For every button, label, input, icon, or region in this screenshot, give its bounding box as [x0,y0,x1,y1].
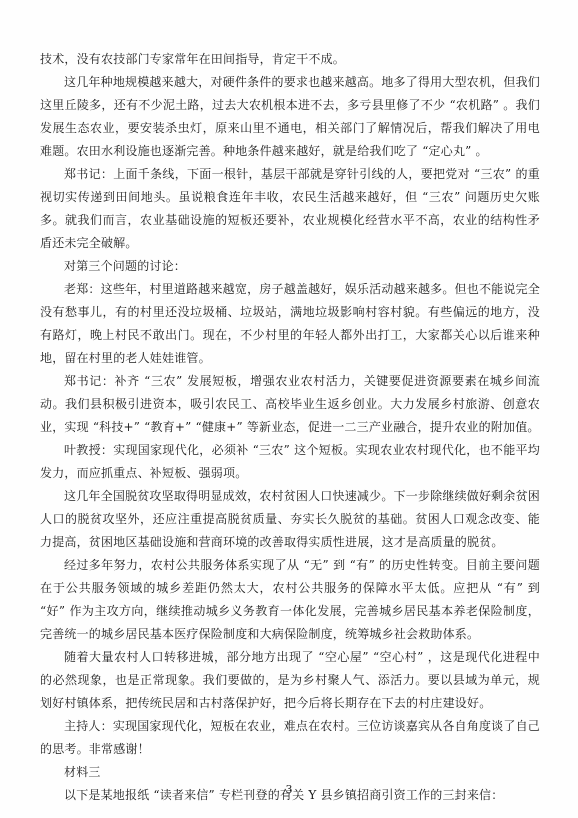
discussion-heading: 对第三个问题的讨论： [40,255,540,278]
document-page: 技术，没有农技部门专家常年在田间指导，肯定干不成。 这几年种地规模越来越大，对硬… [0,0,578,818]
paragraph: 这几年全国脱贫攻坚取得明显成效，农村贫困人口快速减少。下一步除继续做好剩余贫困人… [40,485,540,554]
paragraph: 随着大量农村人口转移进城，部分地方出现了 “空心屋” “空心村” ，这是现代化进… [40,646,540,715]
document-body: 技术，没有农技部门专家常年在田间指导，肯定干不成。 这几年种地规模越来越大，对硬… [40,48,540,807]
paragraph-speaker-zheng-shuji: 郑书记：补齐 “三农” 发展短板，增强农业农村活力，关键要促进资源要素在城乡间流… [40,370,540,439]
paragraph: 经过多年努力，农村公共服务体系实现了从 “无” 到 “有” 的历史性转变。目前主… [40,554,540,646]
paragraph-speaker-zheng-shuji: 郑书记：上面千条线，下面一根针，基层干部就是穿针引线的人，要把党对 “三农” 的… [40,163,540,255]
paragraph-continuation: 技术，没有农技部门专家常年在田间指导，肯定干不成。 [40,48,540,71]
section-heading-material-3: 材料三 [40,761,540,784]
paragraph: 这几年种地规模越来越大，对硬件条件的要求也越来越高。地多了得用大型农机，但我们这… [40,71,540,163]
paragraph-speaker-host: 主持人：实现国家现代化，短板在农业，难点在农村。三位访谈嘉宾从各自角度谈了自己的… [40,715,540,761]
paragraph-speaker-lao-zheng: 老郑：这些年，村里道路越来越宽，房子越盖越好，娱乐活动越来越多。但也不能说完全没… [40,278,540,370]
page-number: 3 [0,783,578,796]
paragraph-speaker-ye-jiaoshou: 叶教授：实现国家现代化，必须补 “三农” 这个短板。实现农业农村现代化，也不能平… [40,439,540,485]
